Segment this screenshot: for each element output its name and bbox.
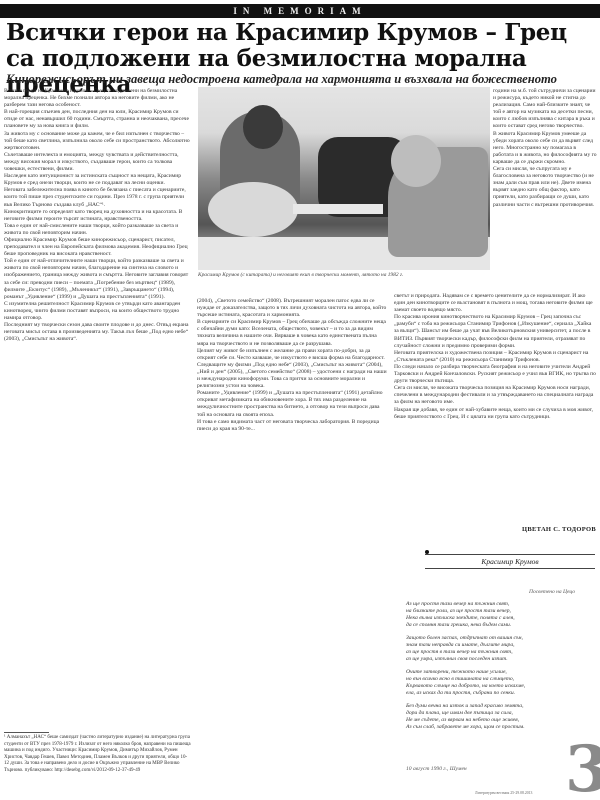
- poem-line: знам тази неправда си имате, дългите мир…: [406, 642, 596, 649]
- poem-rule-top: [425, 554, 595, 555]
- paragraph: Той е един от най-отличителните наши тво…: [4, 258, 192, 301]
- poem-stanza: Очите затворени, тежкото наше усилие, но…: [406, 669, 596, 697]
- paragraph: Последният му творчески сезон дава своит…: [4, 322, 192, 343]
- poem-line: аз ще умра, изпълнил своя последен изпит…: [406, 656, 596, 663]
- poem-date-place: 10 август 1990 г., Шумен: [406, 766, 467, 772]
- article-column-left: Всички герои на Красимир Крумов – Грец с…: [4, 88, 192, 684]
- section-banner: IN MEMORIAM: [0, 4, 600, 18]
- paragraph: Всички герои на Красимир Крумов – Грец с…: [4, 88, 192, 109]
- poem-stanza: Аз ще простя тази вечер на тъжния свят, …: [406, 601, 596, 629]
- article-photo: [198, 87, 490, 270]
- paragraph: Романите „Удивление“ (1999) и „Душата на…: [197, 390, 387, 418]
- poem-line: но вън всичко ясно в тишината на слънцет…: [406, 676, 596, 683]
- article-author: ЦВЕТАН С. ТОДОРОВ: [394, 526, 596, 533]
- poem-title: Красимир Крумов: [425, 557, 595, 566]
- paragraph: По следи начало се разбира творческата б…: [394, 364, 596, 385]
- paragraph: Неговата приятелска и художествена позиц…: [394, 350, 596, 364]
- subheadline: Кинорежисьорът ни завеща недостроена кат…: [6, 72, 596, 86]
- footnote-divider: [4, 732, 49, 733]
- paragraph: Целият му живот бе изпълнен с желание да…: [197, 348, 387, 362]
- poem-line: Аз съм слаб, забравете ме хора, щом се п…: [406, 724, 596, 731]
- paragraph: Неговата забележителна поява в киното бе…: [4, 187, 192, 208]
- article-column-right: светът и природата. Надявам се с времето…: [394, 293, 596, 525]
- poem-line: да се спомня тази грешка, нека бъдем сам…: [406, 622, 596, 629]
- photo-head-left: [243, 105, 283, 149]
- article-column-middle: (2004), „Светото семейство“ (2008). Вътр…: [197, 298, 387, 798]
- paragraph: В сценариите си Красимир Крумов – Грец о…: [197, 319, 387, 347]
- paragraph: По красива ирония кинотворчеството на Кр…: [394, 314, 596, 349]
- paragraph: години на м.б. той сътрудничи за сценари…: [493, 88, 597, 131]
- poem-stanza: Защото болен заспах, отдръпнат от вашия …: [406, 635, 596, 663]
- poem-line: Без думи вечна на изток и запад красиво …: [406, 703, 596, 710]
- poem-line: ела, аз исках да ти простя, събрани по с…: [406, 690, 596, 697]
- paragraph: В живота Красимир Крумов умееше да убеди…: [493, 131, 597, 166]
- page-number: 3: [565, 742, 600, 798]
- article-column-right-top: години на м.б. той сътрудничи за сценари…: [493, 88, 597, 293]
- poem-line: Не ме съдете, аз вярвам на небето още жи…: [406, 717, 596, 724]
- paragraph: За живота му с основание може да кажем, …: [4, 131, 192, 152]
- poem-line: Очите затворени, тежкото наше усилие,: [406, 669, 596, 676]
- guitar-icon: [208, 182, 298, 237]
- paragraph: Наследен като интуиционист за истинската…: [4, 173, 192, 187]
- poem-line: Кървавото слънце на доброто, на което ис…: [406, 683, 596, 690]
- paragraph: Сега си мисля, че високата творческа поз…: [394, 385, 596, 406]
- poem-stanza: Без думи вечна на изток и запад красиво …: [406, 703, 596, 731]
- photo-caption: Красимир Крумов (с китарата) и неговият …: [198, 272, 490, 278]
- paragraph: С изумителна решителност Красимир Крумов…: [4, 301, 192, 322]
- section-banner-label: IN MEMORIAM: [233, 6, 366, 16]
- poem-rule-bottom: [425, 568, 595, 569]
- paragraph: Следващите му филми „Под едно небе“ (200…: [197, 362, 387, 390]
- footnotes: ¹ Алманахът „НАС“ беше самиздат (частно …: [4, 735, 192, 775]
- paragraph: Съчетаваше интелекта и емоцията, между ч…: [4, 152, 192, 173]
- paragraph: Това е един от най-смислените наши творц…: [4, 223, 192, 237]
- paragraph: Кинокритиците го определят като творец н…: [4, 209, 192, 223]
- paragraph: (2004), „Светото семейство“ (2008). Вътр…: [197, 298, 387, 319]
- paragraph: И това е само видимата част от неговата …: [197, 419, 387, 433]
- paragraph: Накрая ще добавя, че един от най-хубавит…: [394, 407, 596, 421]
- poem-line: Защото болен заспах, отдръпнат от вашия …: [406, 635, 596, 642]
- photo-head-right: [391, 135, 441, 187]
- poem-line: дори да плача, ще имам две пътища за сил…: [406, 710, 596, 717]
- poem-body: Аз ще простя тази вечер на тъжния свят, …: [406, 601, 596, 737]
- footer-publication-note: Литературен вестник 25-29.08.2013: [475, 791, 532, 795]
- paragraph: Сега си мисля, че съпругата му е благосл…: [493, 166, 597, 209]
- footnote: ¹ Алманахът „НАС“ беше самиздат (частно …: [4, 735, 192, 775]
- paragraph: светът и природата. Надявам се с времето…: [394, 293, 596, 314]
- paragraph: Официално Красимир Крумов беше кинорежис…: [4, 237, 192, 258]
- poem-dedication: Посветено на Цецо: [425, 589, 575, 595]
- paragraph: В най-горещия слънчев ден, последния ден…: [4, 109, 192, 130]
- guitar-neck: [293, 204, 383, 214]
